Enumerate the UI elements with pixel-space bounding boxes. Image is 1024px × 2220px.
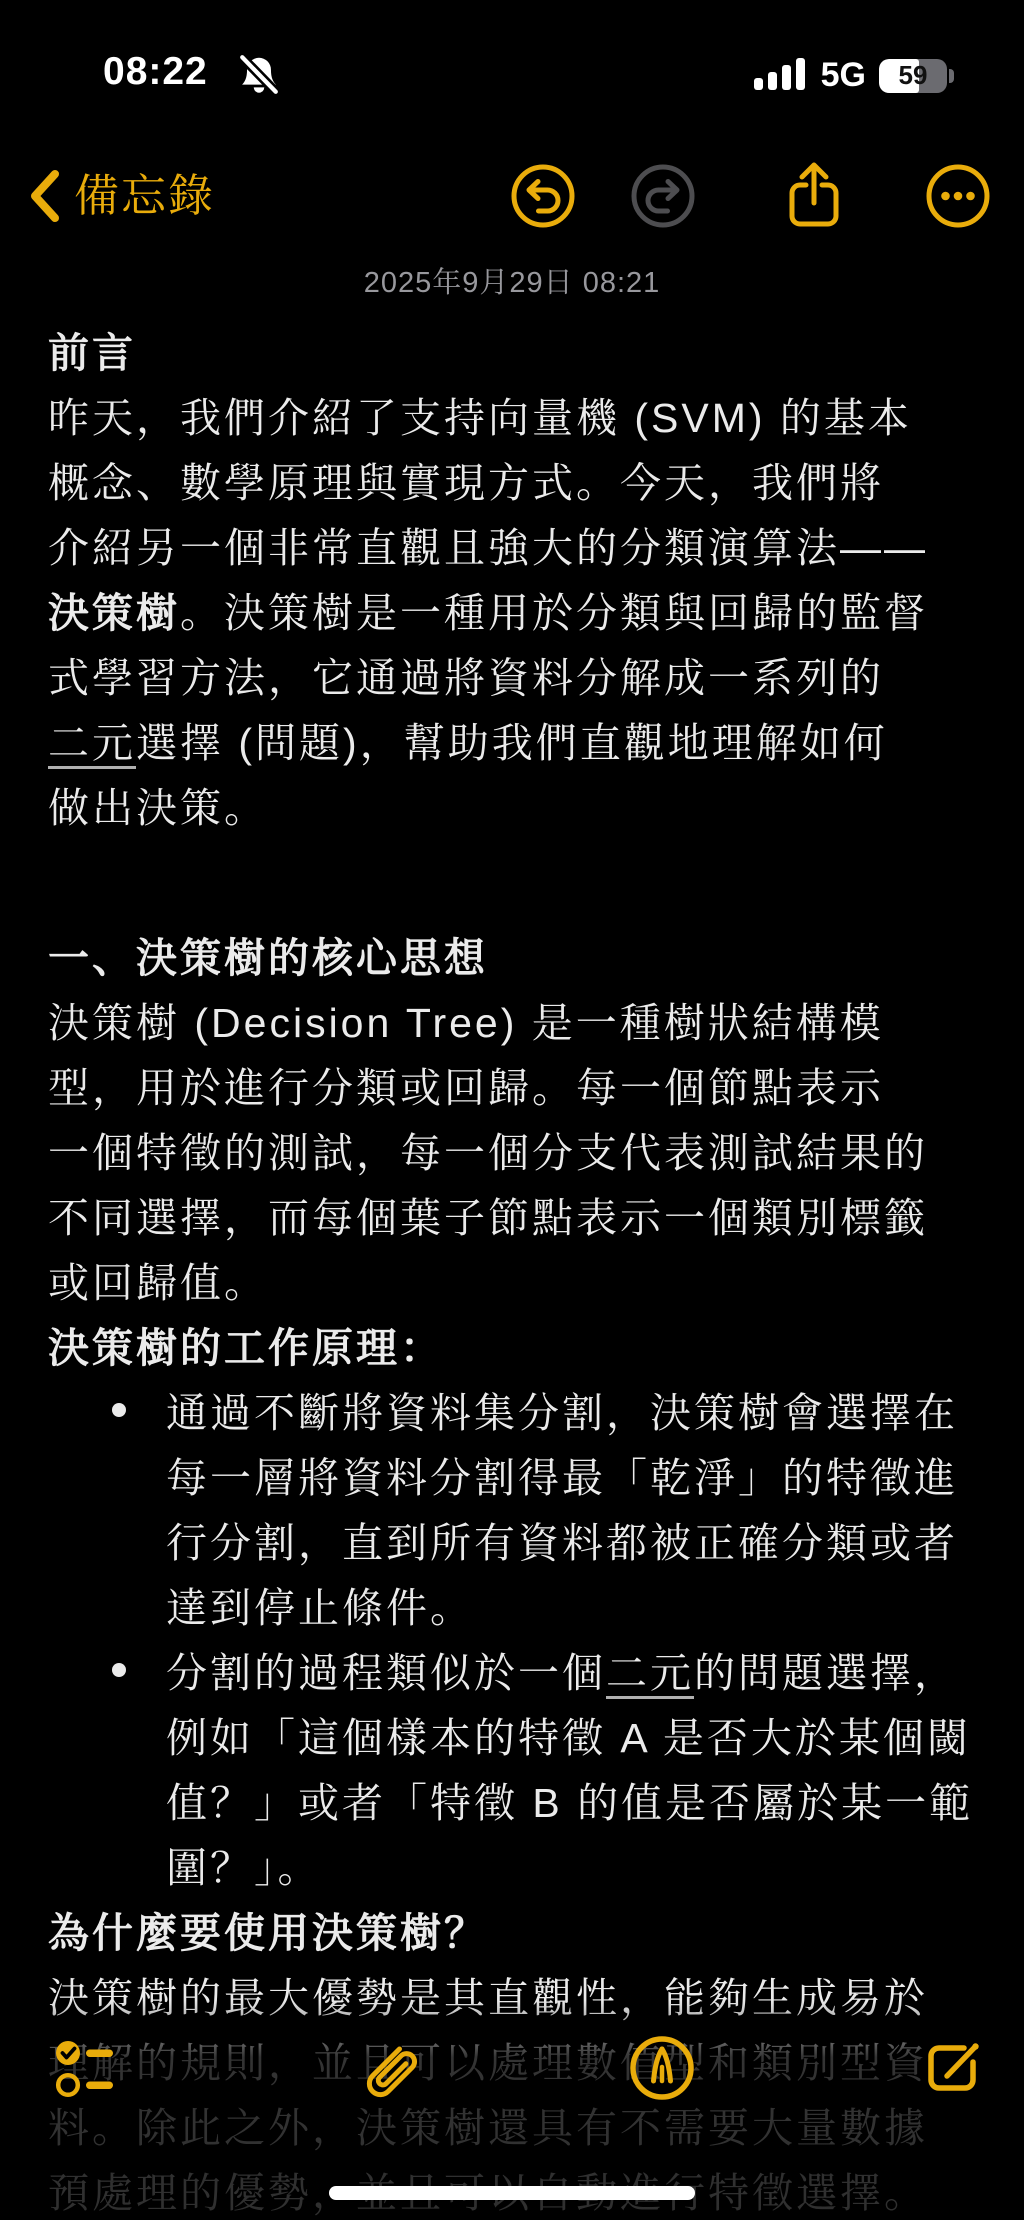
back-button-label: 備忘錄 <box>74 158 215 234</box>
more-options-button[interactable] <box>924 162 992 235</box>
note-text-segment: 不同選擇，而每個葉子節點表示一個類別標籤 <box>48 1185 928 1244</box>
battery-nub <box>949 69 954 83</box>
note-line: 達到停止條件。 <box>48 1572 988 1637</box>
note-line: 做出決策。 <box>48 772 988 837</box>
status-time: 08:22 <box>103 50 208 94</box>
note-text-segment: 的問題選擇， <box>694 1640 958 1699</box>
spellcheck-underlined-text: 二元 <box>48 710 136 769</box>
markup-button[interactable] <box>628 2034 696 2107</box>
note-line: 昨天，我們介紹了支持向量機 (SVM) 的基本 <box>48 382 988 447</box>
note-line: 行分割，直到所有資料都被正確分類或者 <box>48 1507 988 1572</box>
undo-icon <box>509 162 577 230</box>
note-text-segment: 一、決策樹的核心思想 <box>48 925 488 984</box>
note-text-segment: 概念、數學原理與實現方式。今天，我們將 <box>48 450 884 509</box>
note-text-segment: 式學習方法，它通過將資料分解成一系列的 <box>48 645 884 704</box>
paperclip-icon <box>348 2030 434 2116</box>
note-text-segment: 介紹另一個非常直觀且強大的分類演算法—— <box>48 515 928 574</box>
note-text-segment: 。決策樹是一種用於分類與回歸的監督 <box>180 580 928 639</box>
note-line: 每一層將資料分割得最「乾淨」的特徵進 <box>48 1442 988 1507</box>
note-blank-line <box>48 837 988 922</box>
note-text-segment: 決策樹 (Decision Tree) 是一種樹狀結構模 <box>48 990 884 1049</box>
note-line: 決策樹的工作原理： <box>48 1312 988 1377</box>
checklist-icon <box>55 2038 115 2100</box>
note-text-area[interactable]: 前言昨天，我們介紹了支持向量機 (SVM) 的基本概念、數學原理與實現方式。今天… <box>48 317 988 2220</box>
note-text-segment: 昨天，我們介紹了支持向量機 (SVM) 的基本 <box>48 385 912 444</box>
note-text-segment: 或回歸值。 <box>48 1250 268 1309</box>
note-date: 2025年9月29日 08:21 <box>0 260 1024 301</box>
note-line: 或回歸值。 <box>48 1247 988 1312</box>
note-text-segment: 值？」或者「特徵 B 的值是否屬於某一範 <box>166 1770 973 1829</box>
network-type-label: 5G <box>821 56 866 95</box>
note-text-segment: 前言 <box>48 320 136 379</box>
share-button[interactable] <box>785 158 843 237</box>
note-text-segment: 行分割，直到所有資料都被正確分類或者 <box>166 1510 958 1569</box>
nav-bar: 備忘錄 <box>0 158 1024 234</box>
note-line: 決策樹 (Decision Tree) 是一種樹狀結構模 <box>48 987 988 1052</box>
signal-bars-icon <box>754 54 808 97</box>
note-text-segment: 決策樹的工作原理： <box>48 1315 444 1374</box>
redo-icon <box>629 162 697 230</box>
note-line: 二元選擇 (問題)，幫助我們直觀地理解如何 <box>48 707 988 772</box>
note-line: 決策樹。決策樹是一種用於分類與回歸的監督 <box>48 577 988 642</box>
note-text-segment: 每一層將資料分割得最「乾淨」的特徵進 <box>166 1445 958 1504</box>
note-line: 例如「這個樣本的特徵 A 是否大於某個閾 <box>48 1702 988 1767</box>
note-text-segment: 圍？」。 <box>166 1835 322 1894</box>
note-text-segment: 一個特徵的測試，每一個分支代表測試結果的 <box>48 1120 928 1179</box>
status-bar: 08:22 5G 59 <box>0 50 1024 100</box>
note-text-segment: 選擇 (問題)，幫助我們直觀地理解如何 <box>136 710 888 769</box>
home-indicator[interactable] <box>329 2186 695 2200</box>
note-text-segment: 達到停止條件。 <box>166 1575 474 1634</box>
bell-slash-icon <box>236 53 282 102</box>
bottom-toolbar <box>0 2028 1024 2118</box>
note-text-segment: 通過不斷將資料集分割，決策樹會選擇在 <box>166 1380 958 1439</box>
attachment-button[interactable] <box>348 2030 434 2121</box>
note-line: 一、決策樹的核心思想 <box>48 922 988 987</box>
checklist-button[interactable] <box>55 2038 115 2105</box>
note-line: 圍？」。 <box>48 1832 988 1897</box>
compose-button[interactable] <box>920 2034 984 2103</box>
undo-button[interactable] <box>509 162 577 235</box>
note-line: 概念、數學原理與實現方式。今天，我們將 <box>48 447 988 512</box>
note-line: 為什麼要使用決策樹？ <box>48 1897 988 1962</box>
battery-icon: 59 <box>879 59 954 93</box>
note-line: 值？」或者「特徵 B 的值是否屬於某一範 <box>48 1767 988 1832</box>
battery-percent: 59 <box>879 59 947 93</box>
chevron-left-icon <box>28 169 60 223</box>
pen-nib-circle-icon <box>628 2034 696 2102</box>
note-line: 一個特徵的測試，每一個分支代表測試結果的 <box>48 1117 988 1182</box>
note-line: 分割的過程類似於一個二元的問題選擇， <box>48 1637 988 1702</box>
ellipsis-circle-icon <box>924 162 992 230</box>
note-line: 前言 <box>48 317 988 382</box>
note-text-segment: 例如「這個樣本的特徵 A 是否大於某個閾 <box>166 1705 971 1764</box>
note-line: 介紹另一個非常直觀且強大的分類演算法—— <box>48 512 988 577</box>
compose-icon <box>920 2034 984 2098</box>
status-right-cluster: 5G 59 <box>754 54 954 97</box>
redo-button[interactable] <box>629 162 697 235</box>
note-text-segment: 決策樹 <box>48 580 180 639</box>
note-line: 通過不斷將資料集分割，決策樹會選擇在 <box>48 1377 988 1442</box>
note-text-segment: 為什麼要使用決策樹？ <box>48 1900 488 1959</box>
back-button[interactable]: 備忘錄 <box>28 158 215 234</box>
note-line: 式學習方法，它通過將資料分解成一系列的 <box>48 642 988 707</box>
note-text-segment: 分割的過程類似於一個 <box>166 1640 606 1699</box>
spellcheck-underlined-text: 二元 <box>606 1640 694 1699</box>
share-icon <box>785 158 843 232</box>
note-line: 型，用於進行分類或回歸。每一個節點表示 <box>48 1052 988 1117</box>
note-text-segment: 型，用於進行分類或回歸。每一個節點表示 <box>48 1055 884 1114</box>
notes-app-screen: 08:22 5G 59 <box>0 0 1024 2220</box>
note-text-segment: 做出決策。 <box>48 775 268 834</box>
note-line: 不同選擇，而每個葉子節點表示一個類別標籤 <box>48 1182 988 1247</box>
